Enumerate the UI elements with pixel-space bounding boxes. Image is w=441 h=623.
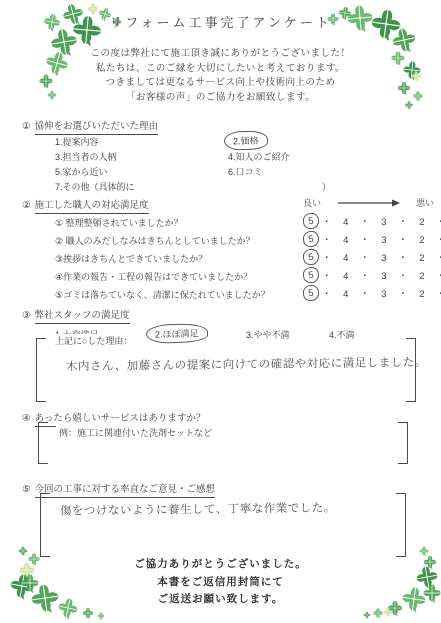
q3-option-4[interactable]: 4.不満 (329, 328, 355, 341)
q2-item-4-label: ④作業の報告・工程の報告はできていましたか？ (55, 270, 252, 283)
intro-line-3: つきましては更なるサービス向上や技術向上のため (0, 76, 441, 91)
q1-other-close-paren: ） (322, 180, 331, 193)
section5-number: ⑤ (22, 484, 31, 495)
clover-icon (384, 608, 393, 617)
q3-reason-label: 上記に○した理由： (52, 334, 135, 347)
q5-bracket-left (40, 493, 50, 557)
clover-icon (364, 612, 371, 619)
page-title: リフォーム工事完了アンケート (0, 12, 441, 31)
q4-example-text: 例：施工に関連付いた洗剤セットなど (56, 426, 215, 439)
scale-bad-label: 悪い (416, 196, 434, 209)
q2-item-4-rating[interactable]: 5・ 4 ・ 3 ・ 2 ・ 1 (303, 267, 441, 283)
scale-good-label: 良い (303, 196, 321, 209)
footer-line-3: ご返送お願い致します。 (0, 591, 441, 609)
selected-rating-circle[interactable]: 5 (302, 284, 320, 302)
q1-option-4[interactable]: 4.知人のご紹介 (228, 150, 290, 163)
survey-form-page: リフォーム工事完了アンケート この度は弊社にて施工頂き誠にありがとうございました… (0, 0, 441, 623)
q1-option-6[interactable]: 6.口コミ (228, 165, 263, 178)
section3-heading: ③弊社スタッフの満足度 (22, 307, 130, 321)
q3-bracket-left (36, 338, 46, 402)
q3-option-3[interactable]: 3.やや不満 (246, 328, 290, 341)
q2-item-2-label: ② 職人のみだしなみはきちんとしていましたか？ (55, 234, 255, 247)
clover-icon (98, 613, 105, 620)
section4-heading: ④あったら嬉しいサービスはありますか？ (22, 410, 205, 424)
footer-line-2: 本書をご返信用封筒にて (0, 574, 441, 592)
q2-item-1-label: ① 整理整頓されていましたか？ (55, 216, 183, 229)
q1-option-5[interactable]: 5.家から近い (55, 165, 108, 178)
q3-option-2-selected[interactable]: 2.ほぼ満足 (146, 324, 208, 343)
section2-heading: ②施工した職人の対応満足度 (22, 197, 149, 211)
q2-item-3-label: ③挨拶はきちんとできていましたか？ (55, 252, 207, 265)
clover-icon (373, 608, 383, 618)
clover-icon (19, 547, 28, 556)
q5-bracket-right (396, 493, 406, 557)
footer-line-1: ご協力ありがとうございました。 (0, 556, 441, 574)
intro-paragraph: この度は弊社にて施工頂き誠にありがとうございました！ 私たちは、このご縁を大切に… (0, 47, 441, 105)
selected-rating-circle[interactable]: 5 (302, 212, 320, 230)
section5-heading: ⑤今回の工事に対する率直なご意見・ご感想 (22, 481, 215, 495)
rating-scale-header: 良い 悪い (303, 196, 434, 209)
section2-number: ② (22, 200, 31, 211)
q1-option-1[interactable]: 1.提案内容 (55, 135, 99, 148)
clover-icon (83, 608, 94, 619)
section3-number: ③ (22, 310, 31, 321)
selected-rating-circle[interactable]: 5 (302, 248, 320, 266)
q2-item-2-rating[interactable]: 5・ 4 ・ 3 ・ 2 ・ 1 (303, 231, 441, 247)
q1-option-7[interactable]: 7.その他（具体的に (55, 180, 135, 193)
q4-bracket-left (38, 422, 48, 464)
section4-number: ④ (22, 413, 31, 424)
q2-item-5-rating[interactable]: 5・ 4 ・ 3 ・ 2 ・ 1 (303, 285, 441, 301)
selected-rating-circle[interactable]: 5 (302, 266, 320, 284)
q4-bracket-right (398, 422, 408, 464)
q1-option-3[interactable]: 3.担当者の人柄 (55, 150, 117, 163)
hand-drawn-circle: 2.価格 (224, 130, 268, 150)
intro-line-4: 「お客様の声」のご協力をお願致します。 (0, 91, 441, 106)
arrow-right-icon (338, 199, 400, 207)
footer-message: ご協力ありがとうございました。 本書をご返信用封筒にて ご返送お願い致します。 (0, 556, 441, 609)
section1-heading: ①協伸をお選びいただいた理由 (22, 118, 158, 132)
hand-drawn-circle: 2.ほぼ満足 (146, 323, 208, 344)
q3-reason-handwriting[interactable]: 木内さん、加藤さんの提案に向けての確認や対応に満足しました。 (66, 354, 427, 374)
section1-number: ① (22, 121, 31, 132)
q1-option-2-selected[interactable]: 2.価格 (224, 131, 268, 150)
q2-item-5-label: ⑤ゴミは落ちていなく、清潔に保たれていましたか？ (55, 288, 270, 301)
clover-icon (420, 547, 429, 556)
q2-item-3-rating[interactable]: 5・ 4 ・ 3 ・ 2 ・ 1 (303, 249, 441, 265)
intro-line-2: 私たちは、このご縁を大切にしたいと考えております。 (0, 62, 441, 77)
q5-comment-handwriting[interactable]: 傷をつけないように養生して、丁寧な作業でした。 (60, 499, 336, 518)
selected-rating-circle[interactable]: 5 (302, 230, 320, 248)
intro-line-1: この度は弊社にて施工頂き誠にありがとうございました！ (0, 47, 441, 62)
q2-item-1-rating[interactable]: 5・ 4 ・ 3 ・ 2 ・ 1 (303, 213, 441, 229)
